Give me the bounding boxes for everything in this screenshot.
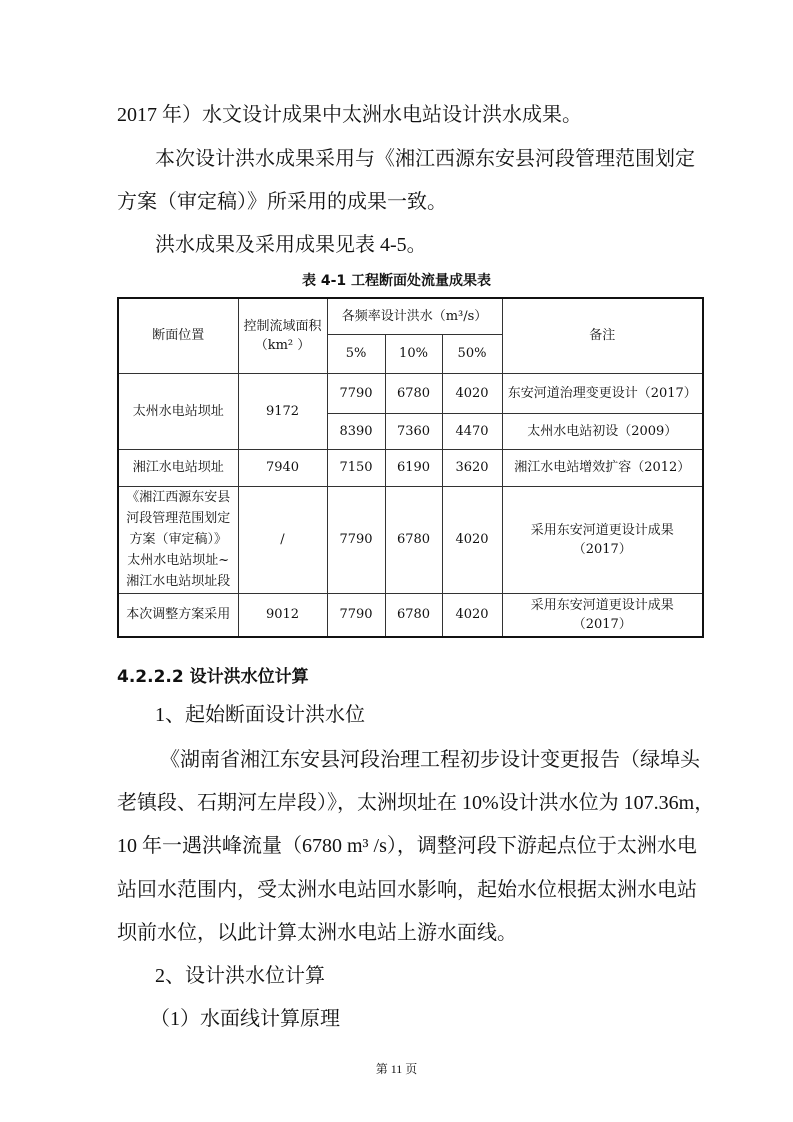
header-p50: 50% (442, 334, 502, 373)
table-row: 本次调整方案采用 9012 7790 6780 4020 采用东安河道更设计成果… (118, 593, 703, 637)
paragraph: 10 年一遇洪峰流量（6780 m³ /s），调整河段下游起点位于太洲水电 (117, 834, 697, 858)
list-item: （1）水面线计算原理 (150, 1007, 340, 1031)
table-row: 湘江水电站坝址 7940 7150 6190 3620 湘江水电站增效扩容（20… (118, 449, 703, 486)
paragraph: 方案（审定稿）》所采用的成果一致。 (117, 190, 447, 214)
paragraph: 2017 年）水文设计成果中太洲水电站设计洪水成果。 (117, 103, 582, 127)
header-location: 断面位置 (118, 298, 238, 373)
paragraph: 洪水成果及采用成果见表 4-5。 (155, 233, 427, 257)
paragraph: 站回水范围内，受太洲水电站回水影响，起始水位根据太洲水电站 (117, 878, 697, 902)
flow-results-table: 断面位置 控制流域面积（km² ） 各频率设计洪水（m³/s） 备注 5% 10… (117, 297, 704, 638)
table-row: 太州水电站坝址 9172 7790 6780 4020 东安河道治理变更设计（2… (118, 373, 703, 413)
paragraph: 老镇段、石期河左岸段）》，太洲坝址在 10%设计洪水位为 107.36m， (117, 791, 714, 815)
paragraph: 《湖南省湘江东安县河段治理工程初步设计变更报告（绿埠头 (160, 748, 700, 772)
paragraph: 坝前水位，以此计算太洲水电站上游水面线。 (117, 921, 517, 945)
header-p10: 10% (385, 334, 442, 373)
header-flood: 各频率设计洪水（m³/s） (327, 298, 502, 334)
header-remark: 备注 (502, 298, 703, 373)
list-item: 2、设计洪水位计算 (155, 964, 325, 988)
header-area: 控制流域面积（km² ） (238, 298, 327, 373)
list-item: 1、起始断面设计洪水位 (155, 703, 365, 727)
page-number: 第 11 页 (0, 1060, 793, 1077)
section-heading: 4.2.2.2 设计洪水位计算 (117, 662, 309, 687)
table-caption: 表 4-1 工程断面处流量成果表 (0, 270, 793, 290)
header-p5: 5% (327, 334, 385, 373)
paragraph: 本次设计洪水成果采用与《湘江西源东安县河段管理范围划定 (155, 147, 695, 171)
table-row: 《湘江西源东安县河段管理范围划定方案（审定稿）》太州水电站坝址~湘江水电站坝址段… (118, 486, 703, 593)
